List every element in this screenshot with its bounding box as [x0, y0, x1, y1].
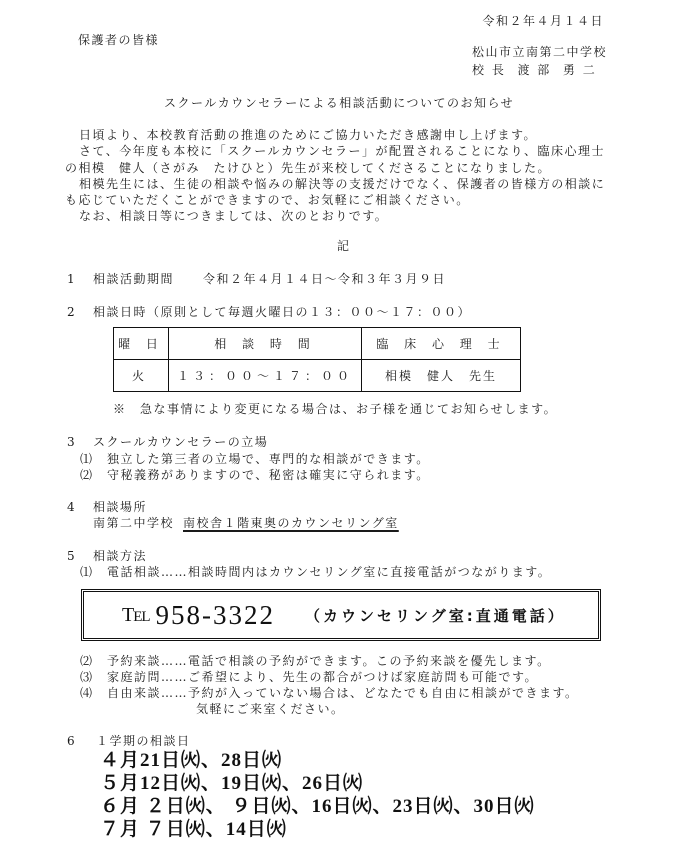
location-room: 南校舎１階東奥のカウンセリング室 — [183, 515, 399, 531]
body-line: の相模 健人（さがみ たけひと）先生が来校してくださることになりました。 — [65, 160, 551, 176]
tel-label-t: T — [122, 604, 133, 626]
section-label: 相談方法 — [93, 548, 147, 564]
tel-label: TEL — [122, 604, 150, 627]
date-line-april: ４月21日㈫、28日㈫ — [100, 750, 282, 772]
list-marker: ⑵ — [80, 653, 92, 669]
section-label: スクールカウンセラーの立場 — [93, 434, 268, 450]
header-cell-time: 相 談 時 間 — [169, 328, 362, 360]
cell-time: １３：００～１７：００ — [169, 360, 362, 392]
list-marker: ⑷ — [80, 685, 92, 701]
body-line: 日頃より、本校教育活動の推進のためにご協力いただき感謝申し上げます。 — [79, 127, 537, 143]
body-line: も応じていただくことができますので、お気軽にご相談ください。 — [65, 192, 470, 208]
section-label: 相談日時（原則として毎週火曜日の１３：００～１７：００） — [93, 304, 471, 320]
date-line-june: ６月 ２日㈫、 ９日㈫、16日㈫、23日㈫、30日㈫ — [100, 796, 535, 818]
phone-number: 958-3322 — [156, 600, 276, 631]
tel-label-el: EL — [133, 609, 149, 625]
section-label: １学期の相談日 — [96, 733, 191, 749]
header-cell-counselor: 臨 床 心 理 士 — [362, 328, 521, 360]
section-number: 4 — [67, 499, 75, 515]
section-label: 相談活動期間 — [93, 271, 174, 287]
ki-marker: 記 — [337, 238, 349, 254]
principal-name: 校 長 渡 部 勇 二 — [472, 62, 597, 78]
phone-box: TEL 958-3322 （カウンセリング室:直通電話） — [81, 589, 601, 641]
list-marker: ⑴ — [80, 564, 92, 580]
table-header-row: 曜 日 相 談 時 間 臨 床 心 理 士 — [114, 328, 521, 360]
body-line: なお、相談日等につきましては、次のとおりです。 — [79, 208, 388, 224]
header-cell-day: 曜 日 — [114, 328, 169, 360]
list-item: 自由来談……予約が入っていない場合は、どなたでも自由に相談ができます。 — [107, 685, 579, 701]
date-line-may: ５月12日㈫、19日㈫、26日㈫ — [100, 773, 363, 795]
section-number: 5 — [67, 548, 75, 564]
list-marker: ⑵ — [80, 467, 92, 483]
cell-counselor: 相模 健人 先生 — [362, 360, 521, 392]
phone-note: （カウンセリング室:直通電話） — [305, 605, 566, 626]
location-prefix: 南第二中学校 — [93, 515, 174, 531]
list-item: 独立した第三者の立場で、専門的な相談ができます。 — [107, 451, 430, 467]
body-line: さて、今年度も本校に「スクールカウンセラー」が配置されることになり、臨床心理士 — [79, 143, 605, 159]
list-marker: ⑴ — [80, 451, 92, 467]
list-item: 予約来談……電話で相談の予約ができます。この予約来談を優先します。 — [107, 653, 551, 669]
date-line-july: ７月 ７日㈫、14日㈫ — [100, 819, 287, 841]
schedule-table: 曜 日 相 談 時 間 臨 床 心 理 士 火 １３：００～１７：００ 相模 健… — [113, 327, 521, 392]
list-marker: ⑶ — [80, 669, 92, 685]
period-value: 令和２年４月１４日～令和３年３月９日 — [203, 271, 446, 287]
school-name: 松山市立南第二中学校 — [472, 44, 607, 60]
section-label: 相談場所 — [93, 499, 147, 515]
list-item: 守秘義務がありますので、秘密は確実に守られます。 — [107, 467, 430, 483]
list-item-continuation: 気軽にご来室ください。 — [196, 701, 345, 717]
schedule-note: ※ 急な事情により変更になる場合は、お子様を通じてお知らせします。 — [113, 401, 557, 417]
section-number: 6 — [67, 733, 75, 749]
addressee: 保護者の皆様 — [78, 32, 159, 48]
table-row: 火 １３：００～１７：００ 相模 健人 先生 — [114, 360, 521, 392]
document-title: スクールカウンセラーによる相談活動についてのお知らせ — [164, 95, 514, 111]
list-item: 電話相談……相談時間内はカウンセリング室に直接電話がつながります。 — [107, 564, 551, 580]
section-number: 1 — [67, 271, 75, 287]
section-number: 2 — [67, 304, 75, 320]
cell-day: 火 — [114, 360, 169, 392]
document-date: 令和２年４月１４日 — [482, 13, 604, 29]
body-line: 相模先生には、生徒の相談や悩みの解決等の支援だけでなく、保護者の皆様方の相談に — [79, 176, 605, 192]
list-item: 家庭訪問……ご希望により、先生の都合がつけば家庭訪問も可能です。 — [107, 669, 538, 685]
section-number: 3 — [67, 434, 75, 450]
